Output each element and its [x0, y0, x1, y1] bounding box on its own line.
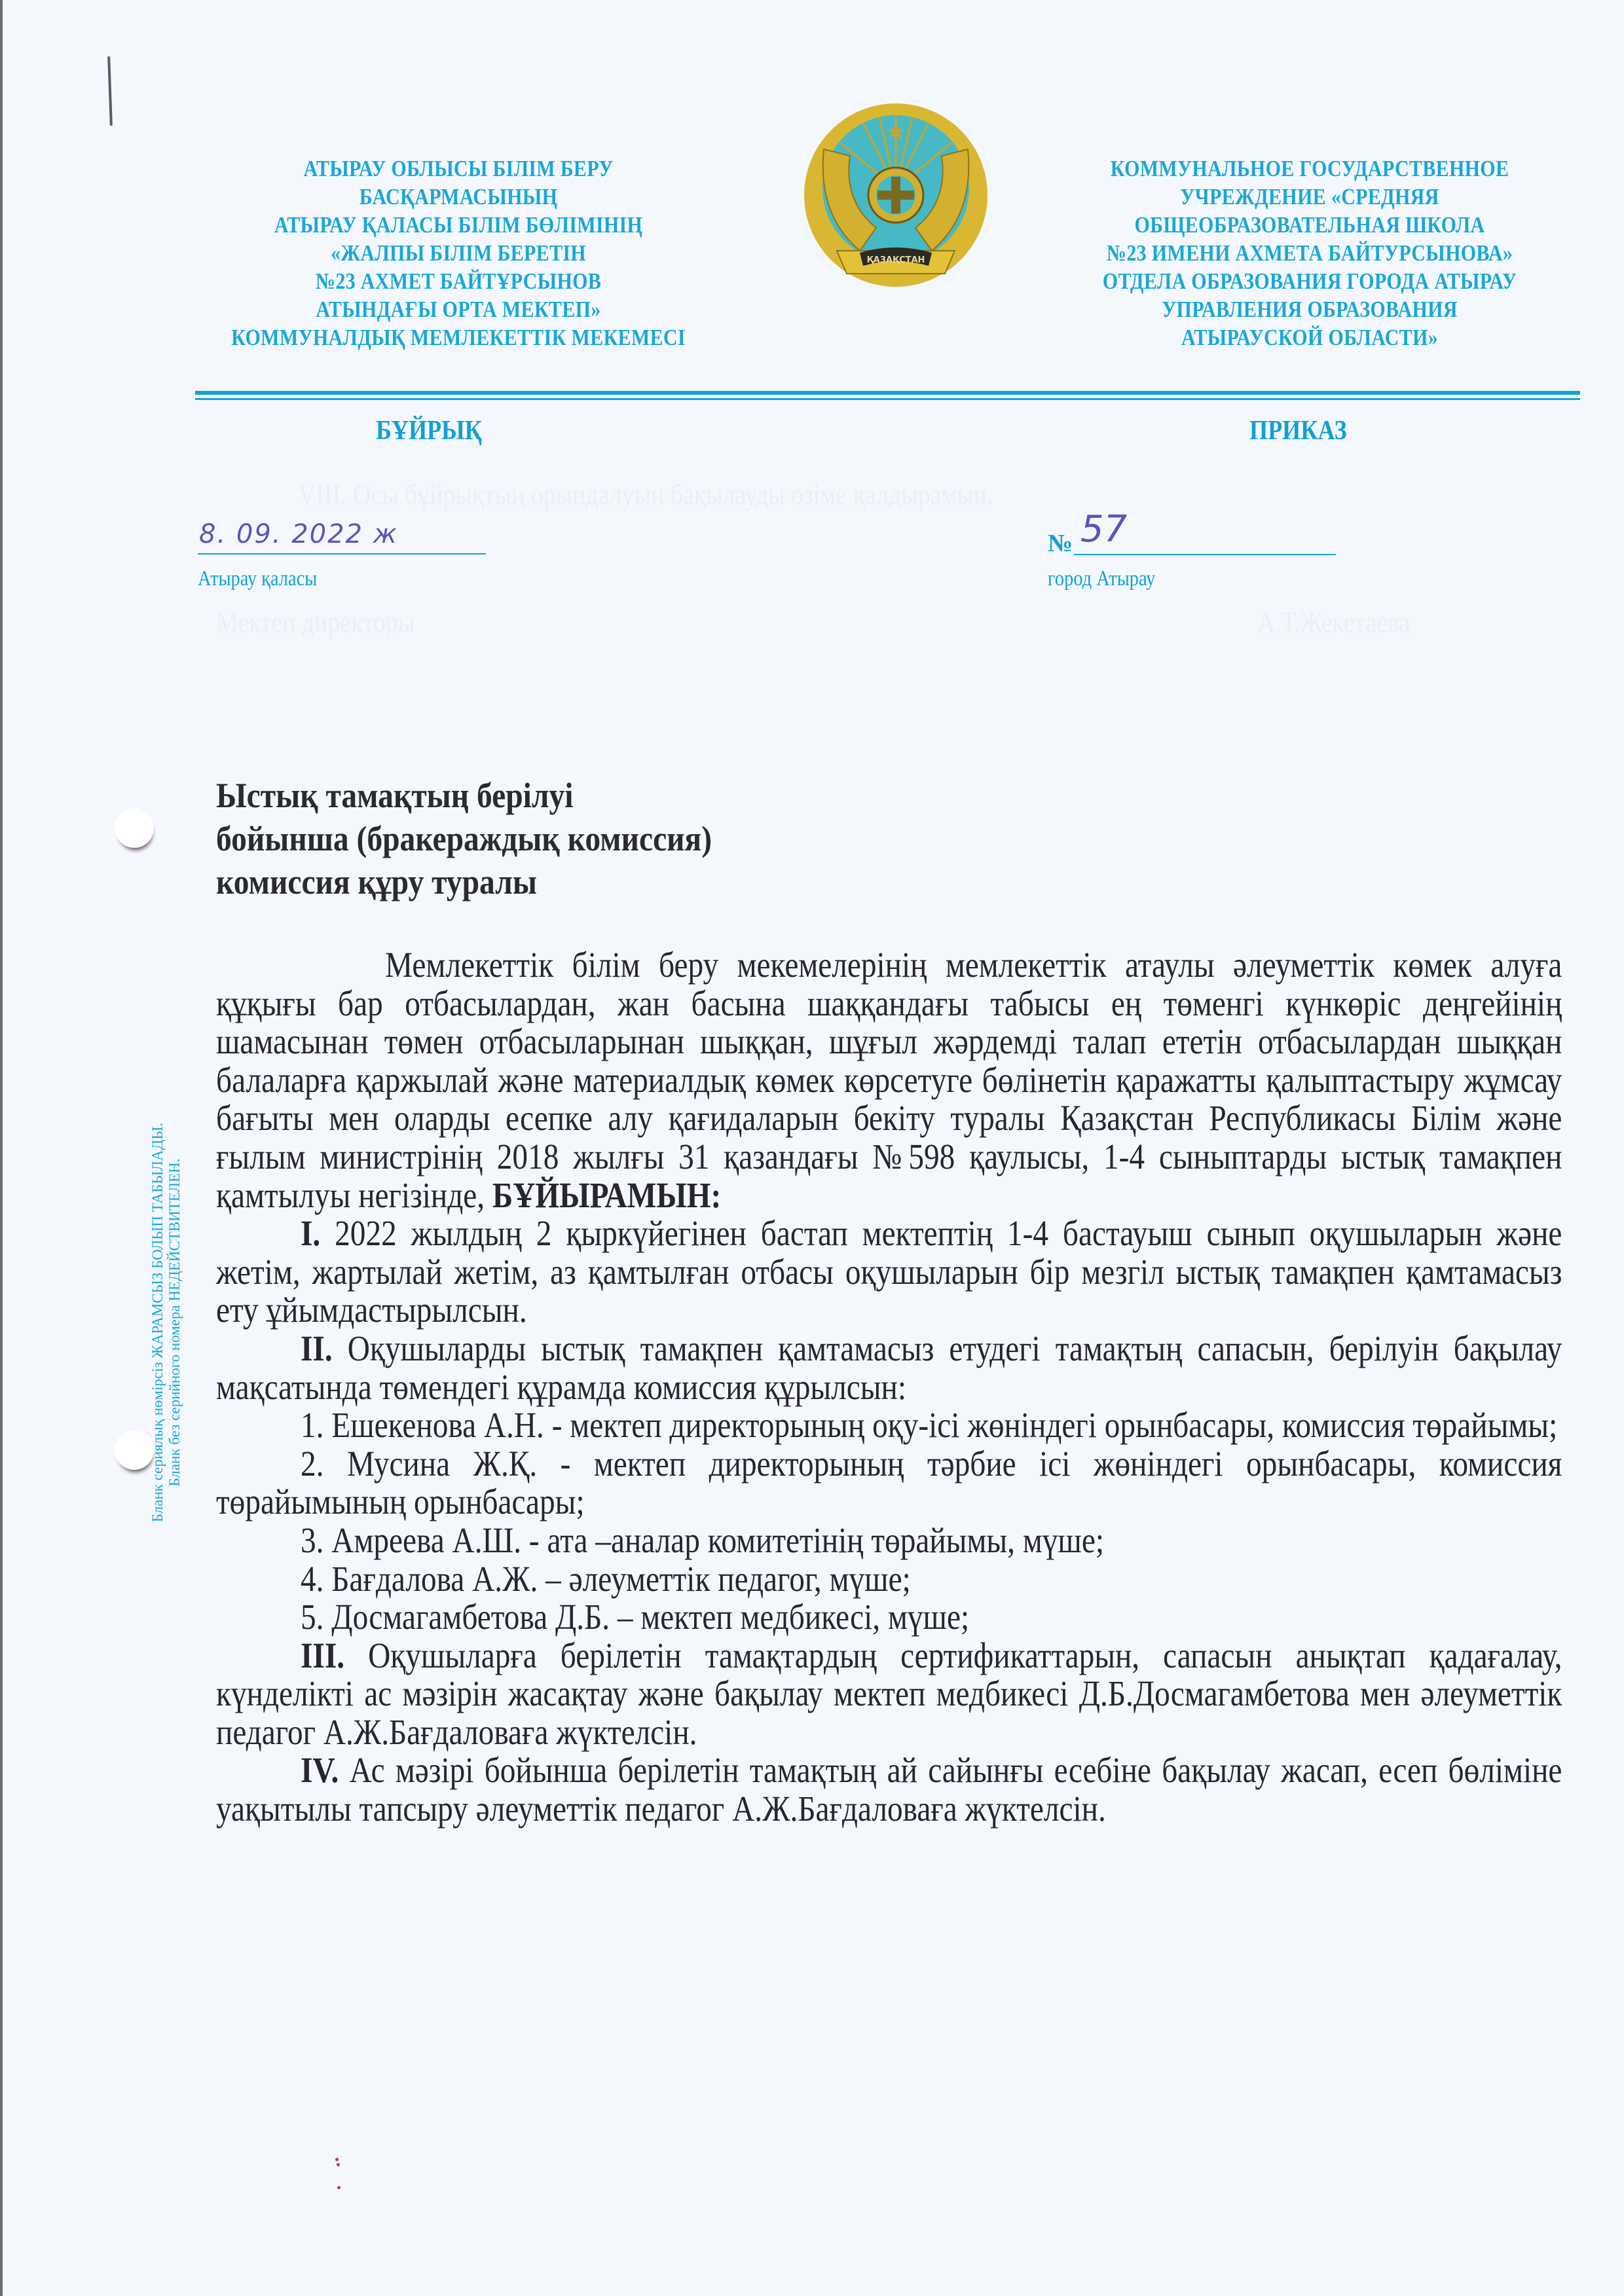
letterhead-ru: КОММУНАЛЬНОЕ ГОСУДАРСТВЕННОЕ УЧРЕЖДЕНИЕ …	[1062, 155, 1558, 352]
punch-hole-bottom	[115, 1430, 154, 1470]
clause-number: III.	[301, 1635, 344, 1675]
bleed-through-line: Мектеп директоры	[216, 606, 415, 639]
letterhead-kz-line: АТЫНДАҒЫ ОРТА МЕКТЕП»	[216, 295, 701, 323]
kazakhstan-emblem-icon: ҚАЗАҚСТАН	[798, 97, 994, 293]
staple-mark	[107, 56, 113, 126]
blank-validity-note-kz: Бланк сериялық нөмірсіз ЖАРАМСЫЗ БОЛЫП Т…	[149, 1113, 166, 1532]
clause-1: I. 2022 жылдың 2 қыркүйегінен бастап мек…	[216, 1214, 1562, 1330]
letterhead-rule-thick	[195, 391, 1580, 395]
commission-member: 5. Досмагамбетова Д.Б. – мектеп медбикес…	[216, 1598, 1562, 1637]
order-title-ru: ПРИКАЗ	[1249, 415, 1347, 446]
letterhead-ru-line: УЧРЕЖДЕНИЕ «СРЕДНЯЯ	[1062, 183, 1558, 211]
punch-hole-top	[115, 809, 154, 848]
letterhead-ru-line: АТЫРАУСКОЙ ОБЛАСТИ»	[1062, 323, 1558, 352]
order-body: Мемлекеттік білім беру мекемелерінің мем…	[216, 946, 1562, 1829]
red-ink-dot	[337, 2163, 340, 2166]
clause-number: IV.	[301, 1750, 339, 1790]
order-date-handwritten: 8. 09. 2022 ж	[199, 519, 398, 549]
order-number-handwritten: 57	[1080, 508, 1127, 551]
clause-number: II.	[301, 1328, 333, 1368]
letterhead-kz-line: КОММУНАЛДЫҚ МЕМЛЕКЕТТІК МЕКЕМЕСІ	[216, 323, 701, 352]
bleed-through-line: VIII. Осы бұйрықтың орындалуын бақылауды…	[298, 478, 993, 511]
bleed-through-line: А.Т.Жекетаева	[1257, 606, 1410, 639]
letterhead-kz-line: АТЫРАУ ҚАЛАСЫ БІЛІМ БӨЛІМІНІҢ	[216, 211, 701, 239]
clause-4: IV. Ас мәзірі бойынша берілетін тамақтың…	[216, 1751, 1562, 1828]
letterhead-kz-line: БАСҚАРМАСЫНЫҢ	[216, 183, 701, 211]
letterhead-kz: АТЫРАУ ОБЛЫСЫ БІЛІМ БЕРУ БАСҚАРМАСЫНЫҢ А…	[216, 155, 701, 352]
red-ink-dot	[337, 2186, 341, 2189]
preamble: Мемлекеттік білім беру мекемелерінің мем…	[216, 946, 1562, 1214]
letterhead-rule-thin	[195, 398, 1580, 400]
letterhead-ru-line: УПРАВЛЕНИЯ ОБРАЗОВАНИЯ	[1062, 295, 1558, 323]
letterhead-kz-line: №23 АХМЕТ БАЙТҰРСЫНОВ	[216, 267, 701, 295]
red-ink-dot	[335, 2158, 339, 2161]
commission-member: 4. Бағдалова А.Ж. – әлеуметтік педагог, …	[216, 1560, 1562, 1599]
letterhead-ru-line: ОБЩЕОБРАЗОВАТЕЛЬНАЯ ШКОЛА	[1062, 211, 1558, 239]
letterhead-ru-line: КОММУНАЛЬНОЕ ГОСУДАРСТВЕННОЕ	[1062, 155, 1558, 183]
subject-line: комиссия құру туралы	[216, 860, 712, 903]
svg-text:ҚАЗАҚСТАН: ҚАЗАҚСТАН	[867, 255, 925, 265]
blank-validity-note-ru: Бланк без серийного номера НЕДЕЙСТВИТЕЛЕ…	[166, 1113, 183, 1532]
letterhead-ru-line: ОТДЕЛА ОБРАЗОВАНИЯ ГОРОДА АТЫРАУ	[1062, 267, 1558, 295]
clause-3: III. Оқушыларға берілетін тамақтардың се…	[216, 1637, 1562, 1752]
subject-line: Ыстық тамақтың берілуі	[216, 774, 712, 817]
commission-member: 1. Ешекенова А.Н. - мектеп директорының …	[216, 1406, 1562, 1445]
number-underline	[1074, 554, 1336, 555]
place-kz: Атырау қаласы	[198, 567, 317, 591]
clause-2: II. Оқушыларды ыстық тамақпен қамтамасыз…	[216, 1330, 1562, 1406]
order-number-label: №	[1048, 529, 1073, 558]
date-underline	[198, 553, 486, 555]
subject-line: бойынша (бракераждық комиссия)	[216, 817, 712, 860]
commission-member: 2. Мусина Ж.Қ. - мектеп директорының тәр…	[216, 1445, 1562, 1522]
order-title-kz: БҰЙРЫҚ	[376, 415, 482, 446]
letterhead-kz-line: АТЫРАУ ОБЛЫСЫ БІЛІМ БЕРУ	[216, 155, 701, 183]
letterhead-ru-line: №23 ИМЕНИ АХМЕТА БАЙТУРСЫНОВА»	[1062, 239, 1558, 267]
clause-number: I.	[301, 1213, 320, 1253]
scan-edge	[0, 0, 3, 2296]
order-subject: Ыстық тамақтың берілуі бойынша (бракераж…	[216, 774, 712, 903]
place-ru: город Атырау	[1048, 567, 1155, 591]
blank-validity-note: Бланк сериялық нөмірсіз ЖАРАМСЫЗ БОЛЫП Т…	[149, 1113, 183, 1532]
order-word: БҰЙЫРАМЫН:	[492, 1175, 721, 1215]
letterhead-kz-line: «ЖАЛПЫ БІЛІМ БЕРЕТІН	[216, 239, 701, 267]
commission-member: 3. Амреева А.Ш. - ата –аналар комитетіні…	[216, 1522, 1562, 1560]
